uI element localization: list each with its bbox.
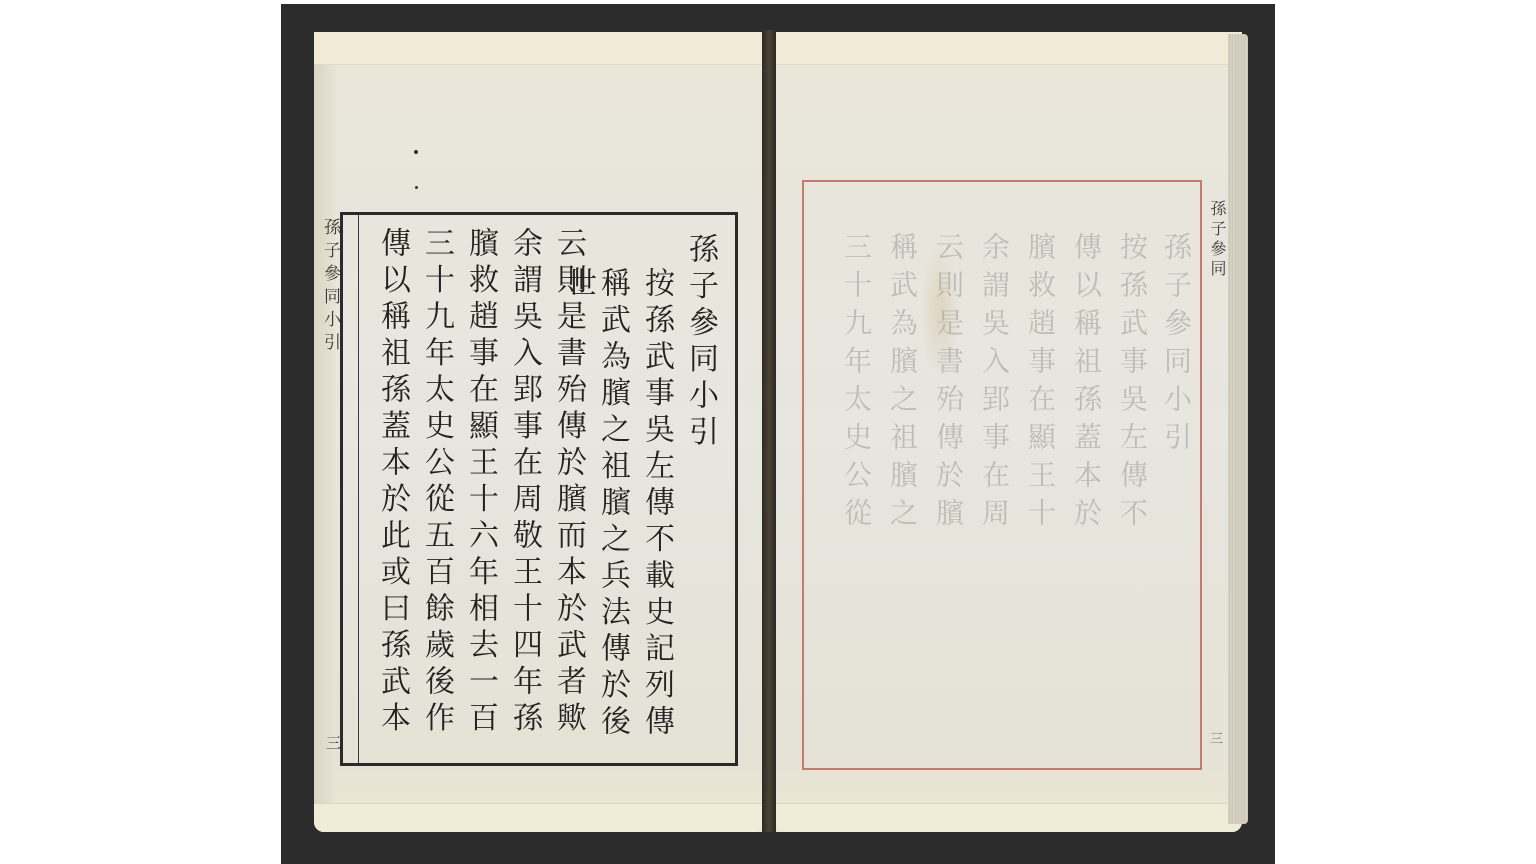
book-gutter: [762, 30, 776, 832]
page-bottom-edge: [776, 803, 1242, 832]
text-column: 傳以稱祖孫蓋本於此或曰孫武本: [375, 227, 409, 738]
page-number: 三: [326, 732, 341, 753]
right-edge-page-number: 三: [1210, 728, 1223, 747]
text-column: 云則是書殆傳於臏而本於武者歟: [551, 227, 585, 738]
right-edge-title-label: 孫子參同: [1206, 200, 1229, 280]
page-top-edge: [776, 32, 1242, 65]
page-top-edge: [314, 32, 762, 65]
frame-divider-line: [358, 215, 359, 763]
bleed-through-column: 稱武為臏之祖臏之: [882, 232, 922, 536]
bleed-through-column: 按孫武事吳左傳不: [1112, 232, 1152, 536]
text-frame: 孫子參同小引 按孫武事吳左傳不載史記列傳 稱武為臏之祖臏之兵法傳於後世 云則是書…: [340, 212, 738, 766]
bleed-through-column: 余謂吳入郢事在周: [974, 232, 1014, 536]
bleed-through-column: 云則是書殆傳於臏: [928, 232, 968, 536]
text-column: 按孫武事吳左傳不載史記列傳: [639, 267, 673, 742]
bleed-through-column: 三十九年太史公從: [836, 232, 876, 536]
text-column: 臏救趙事在顯王十六年相去一百: [463, 227, 497, 738]
bleed-through-column: 孫子參同小引: [1156, 232, 1196, 460]
ink-speck: [415, 186, 418, 189]
page-bottom-edge: [314, 803, 762, 832]
text-column: 三十九年太史公從五百餘歲後作: [419, 227, 453, 738]
bleed-through-column: 臏救趙事在顯王十: [1020, 232, 1060, 536]
text-column-title: 孫子參同小引: [683, 233, 717, 452]
fore-edge-pages: [1228, 34, 1248, 824]
text-column: 余謂吳入郢事在周敬王十四年孫: [507, 227, 541, 738]
ink-speck: [414, 150, 418, 154]
bleed-through-column: 傳以稱祖孫蓋本於: [1066, 232, 1106, 536]
